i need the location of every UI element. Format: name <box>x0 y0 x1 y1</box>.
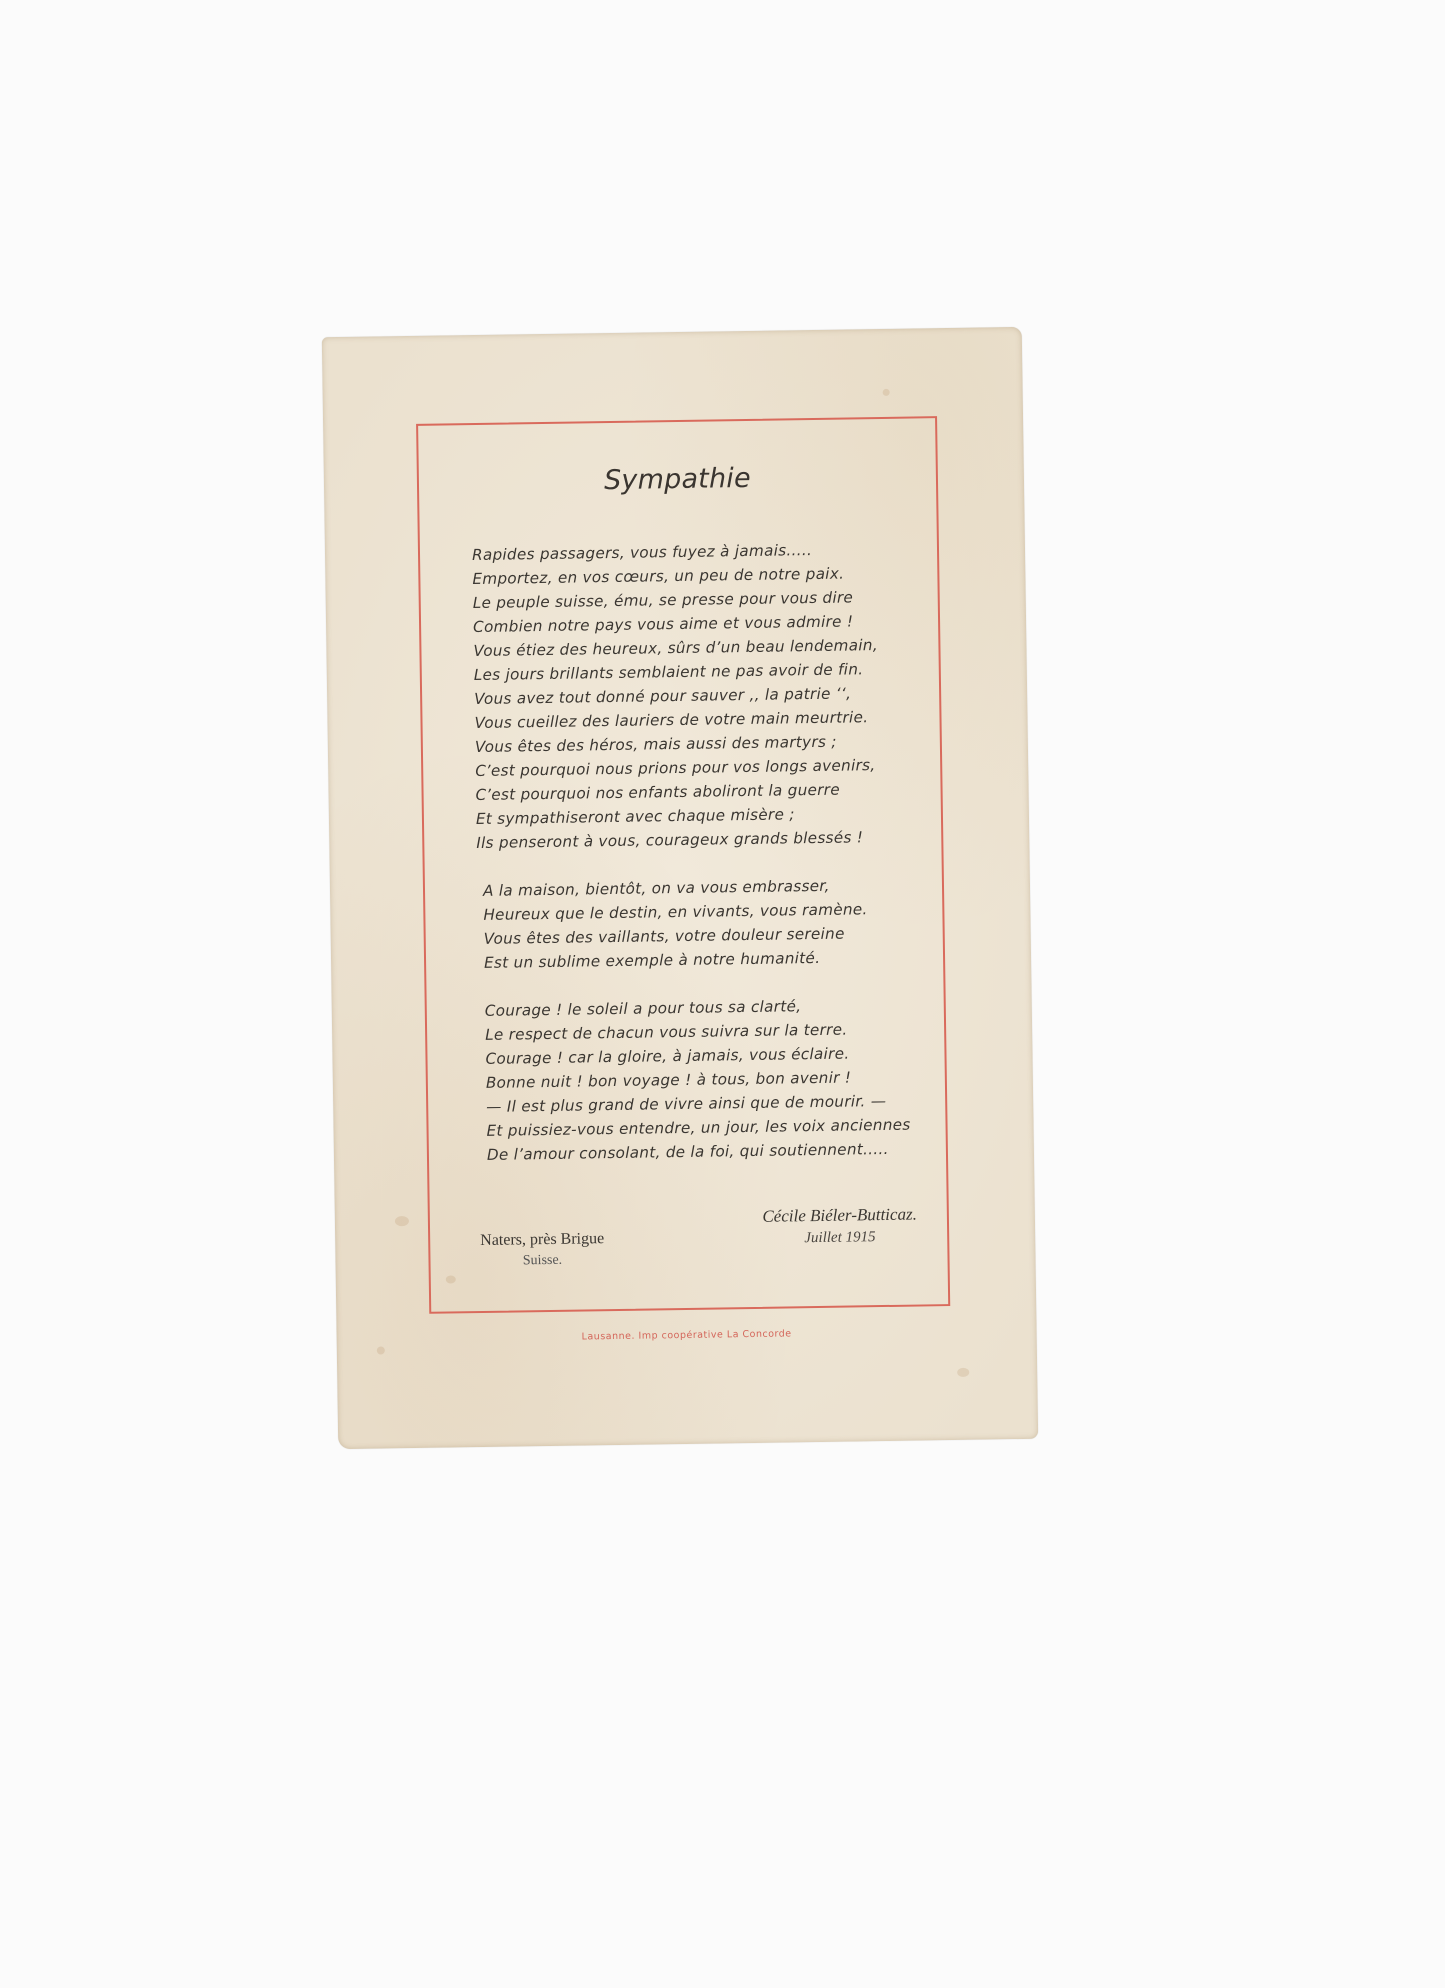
stanza-1: Rapides passagers, vous fuyez à jamais..… <box>472 537 881 855</box>
stanza-2: A la maison, bientôt, on va vous embrass… <box>483 873 869 975</box>
signature-block: Cécile Biéler-Butticaz. Juillet 1915 <box>762 1204 917 1250</box>
poem-line: Ils penseront à vous, courageux grands b… <box>476 825 881 855</box>
place-country: Suisse. <box>480 1249 604 1272</box>
postcard: Sympathie Rapides passagers, vous fuyez … <box>322 327 1038 1449</box>
poem-line: Est un sublime exemple à notre humanité. <box>484 945 869 975</box>
printer-imprint: Lausanne. Imp coopérative La Concorde <box>337 1325 1037 1346</box>
place-name: Naters, près Brigue <box>480 1228 604 1251</box>
red-border-frame: Sympathie Rapides passagers, vous fuyez … <box>416 416 950 1314</box>
stain <box>395 1216 409 1226</box>
stain <box>883 389 890 396</box>
stanza-3: Courage ! le soleil a pour tous sa clart… <box>485 993 911 1167</box>
poem-line: De l’amour consolant, de la foi, qui sou… <box>487 1137 911 1167</box>
place-block: Naters, près Brigue Suisse. <box>480 1228 605 1272</box>
author-name: Cécile Biéler-Butticaz. <box>762 1204 917 1228</box>
date: Juillet 1915 <box>763 1226 918 1250</box>
stain <box>377 1346 385 1354</box>
poem-title: Sympathie <box>419 460 936 499</box>
stain <box>957 1368 969 1377</box>
